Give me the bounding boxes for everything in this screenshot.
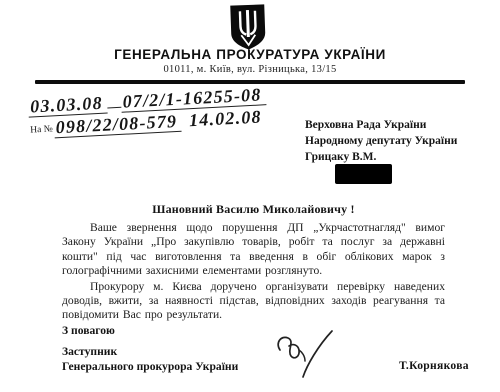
- signer-name: Т.Корнякова: [399, 359, 469, 372]
- letterhead-rule: [35, 80, 465, 84]
- organization-name: ГЕНЕРАЛЬНА ПРОКУРАТУРА УКРАЇНИ: [0, 47, 500, 62]
- underline-gap: [107, 107, 121, 109]
- recipient-line-2: Народному депутату України: [305, 133, 457, 149]
- salutation: Шановний Василю Миколайовичу !: [62, 202, 445, 217]
- organization-address: 01011, м. Київ, вул. Різницька, 13/15: [0, 64, 500, 75]
- valediction: З повагою: [62, 324, 115, 337]
- body-paragraph-2: Прокурору м. Києва доручено організувати…: [62, 280, 445, 323]
- ukraine-trident-emblem-icon: [227, 3, 269, 50]
- outgoing-date-handwritten: 03.03.08: [28, 93, 108, 118]
- body-paragraph-1: Ваше звернення щодо порушення ДП „Укрчас…: [62, 221, 445, 279]
- signer-position-block: Заступник Генерального прокурора України: [62, 344, 238, 374]
- redacted-text-block: [335, 164, 392, 184]
- signer-position-line-2: Генерального прокурора України: [62, 359, 238, 374]
- signer-position-line-1: Заступник: [62, 344, 238, 359]
- recipient-line-1: Верховна Рада України: [305, 117, 457, 133]
- recipient-block: Верховна Рада України Народному депутату…: [305, 117, 457, 165]
- incoming-number-label: На №: [30, 124, 54, 135]
- scanned-letter-page: ГЕНЕРАЛЬНА ПРОКУРАТУРА УКРАЇНИ 01011, м.…: [0, 0, 500, 392]
- handwritten-signature: [272, 328, 342, 378]
- letter-body: Ваше звернення щодо порушення ДП „Укрчас…: [62, 221, 445, 324]
- incoming-date-handwritten: 14.02.08: [181, 107, 263, 131]
- recipient-line-3: Грицаку В.М.: [305, 149, 457, 165]
